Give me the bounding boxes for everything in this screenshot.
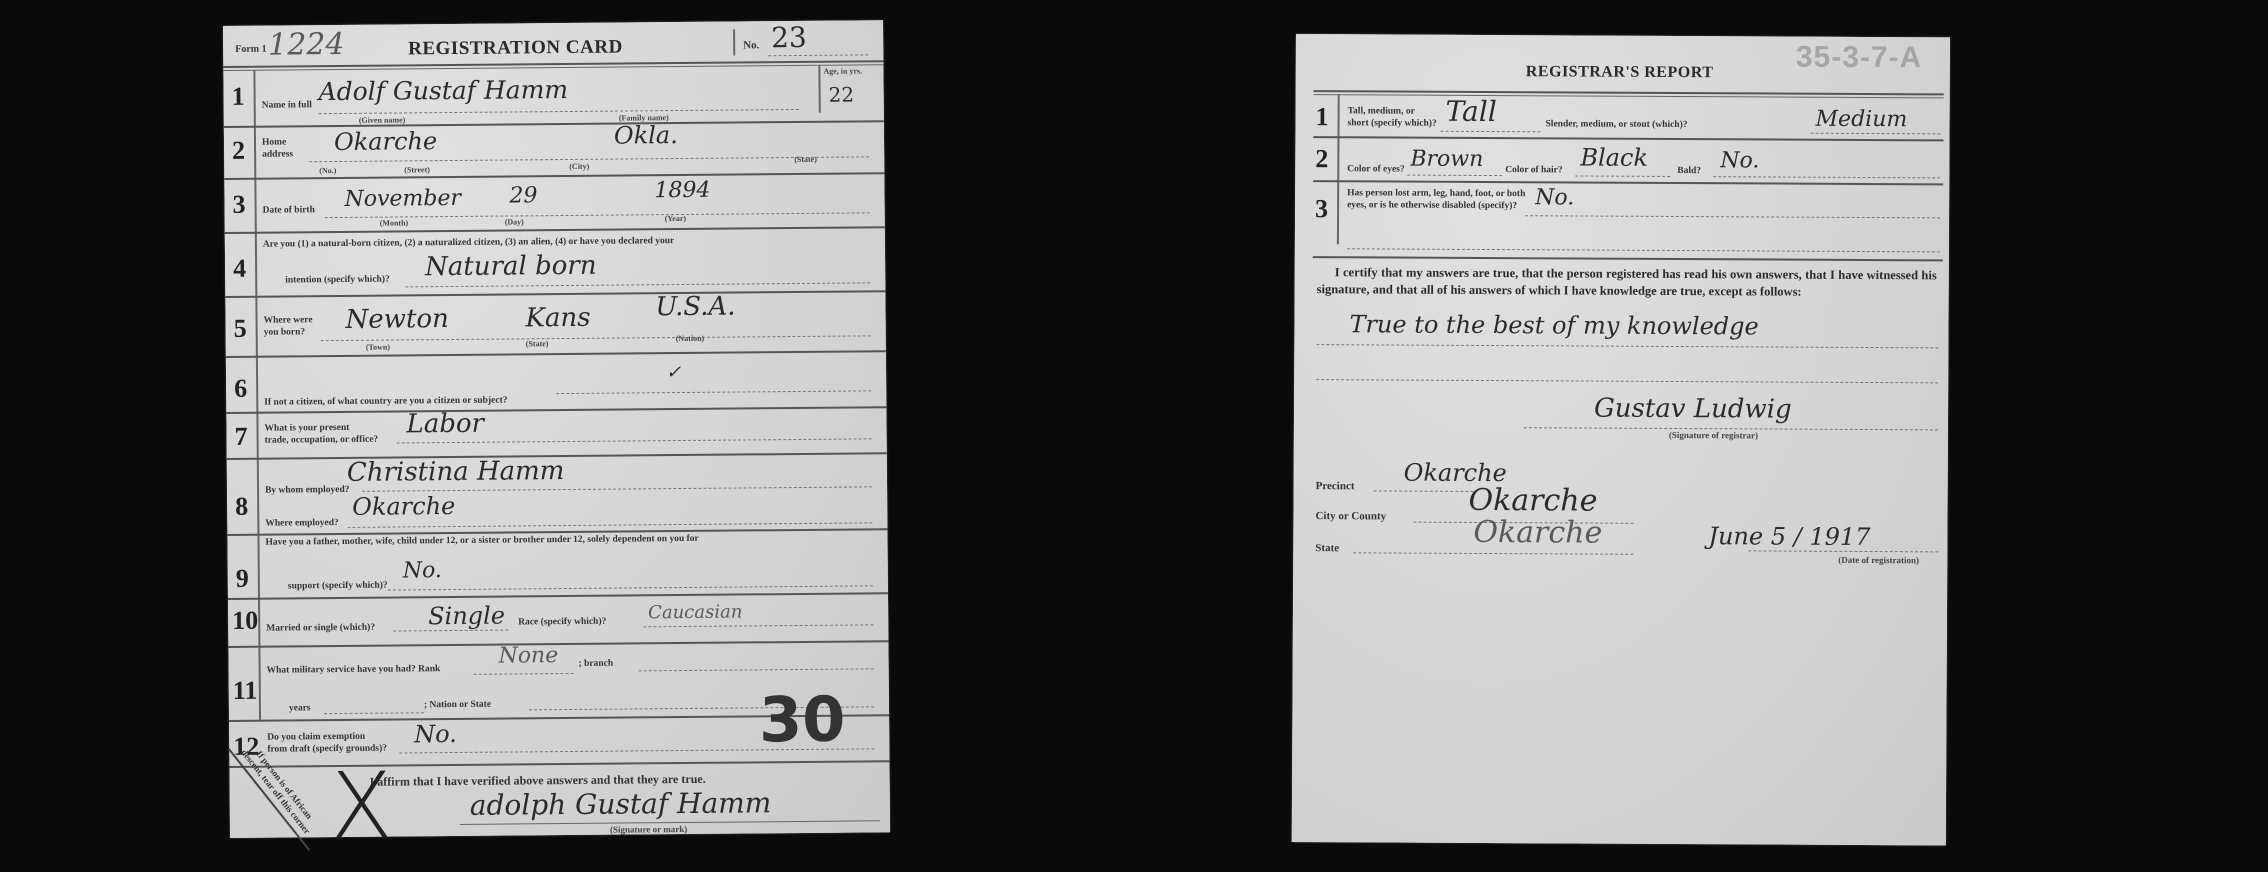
x-mark: X xyxy=(329,753,393,861)
birth-state: Kans xyxy=(525,303,590,334)
signature-label: (Signature or mark) xyxy=(610,824,687,835)
form-label: Form 1 xyxy=(235,44,266,55)
build-value: Medium xyxy=(1815,107,1907,132)
city-value: Okarche xyxy=(1468,483,1597,519)
occupation-value: Labor xyxy=(406,409,484,440)
registrant-signature: adolph Gustaf Hamm xyxy=(470,786,772,822)
stamp-number: 35-3-7-A xyxy=(1796,41,1923,76)
registrar-signature: Gustav Ludwig xyxy=(1594,394,1792,425)
bald-value: No. xyxy=(1720,148,1759,173)
registrars-report-card: 35-3-7-A REGISTRAR'S REPORT 1 Tall, medi… xyxy=(1292,34,1950,845)
eye-color-value: Brown xyxy=(1410,147,1483,172)
citizen-of-value: ✓ xyxy=(666,362,681,383)
disability-value: No. xyxy=(1535,185,1574,210)
home-state: Okla. xyxy=(614,121,678,150)
age-value: 22 xyxy=(829,82,855,106)
no-label: No. xyxy=(743,39,759,51)
report-title: REGISTRAR'S REPORT xyxy=(1526,63,1714,82)
dependents-value: No. xyxy=(403,558,442,583)
marital-status-value: Single xyxy=(428,602,505,631)
large-mark: 30 xyxy=(759,683,846,757)
card-title: REGISTRATION CARD xyxy=(408,37,623,61)
home-city: Okarche xyxy=(334,127,437,156)
exemption-value: No. xyxy=(414,720,457,748)
registration-card: Form 1 1224 REGISTRATION CARD No. 23 Age… xyxy=(223,20,890,838)
race-value: Caucasian xyxy=(648,601,742,623)
birth-nation: U.S.A. xyxy=(655,292,735,323)
birth-month: November xyxy=(344,186,461,212)
hair-color-value: Black xyxy=(1580,143,1648,171)
height-value: Tall xyxy=(1446,95,1497,128)
name-value: Adolf Gustaf Hamm xyxy=(318,75,568,106)
serial-number: 23 xyxy=(771,21,807,54)
date-label: (Date of registration) xyxy=(1838,555,1919,565)
form-number: 1224 xyxy=(268,27,345,63)
state-value: Okarche xyxy=(1473,515,1602,551)
employer-value: Christina Hamm xyxy=(347,456,565,488)
registrar-signature-label: (Signature of registrar) xyxy=(1669,430,1758,440)
registration-date: June 5 / 1917 xyxy=(1708,522,1870,551)
birth-year: 1894 xyxy=(654,178,710,203)
birth-day: 29 xyxy=(509,183,537,208)
birth-town: Newton xyxy=(345,304,449,335)
employment-place-value: Okarche xyxy=(352,492,455,521)
exception-text: True to the best of my knowledge xyxy=(1349,310,1758,340)
military-rank-value: None xyxy=(498,643,558,669)
citizenship-value: Natural born xyxy=(425,251,597,282)
age-header: Age, in yrs. xyxy=(823,66,862,75)
certify-text: I certify that my answers are true, that… xyxy=(1317,264,1937,301)
